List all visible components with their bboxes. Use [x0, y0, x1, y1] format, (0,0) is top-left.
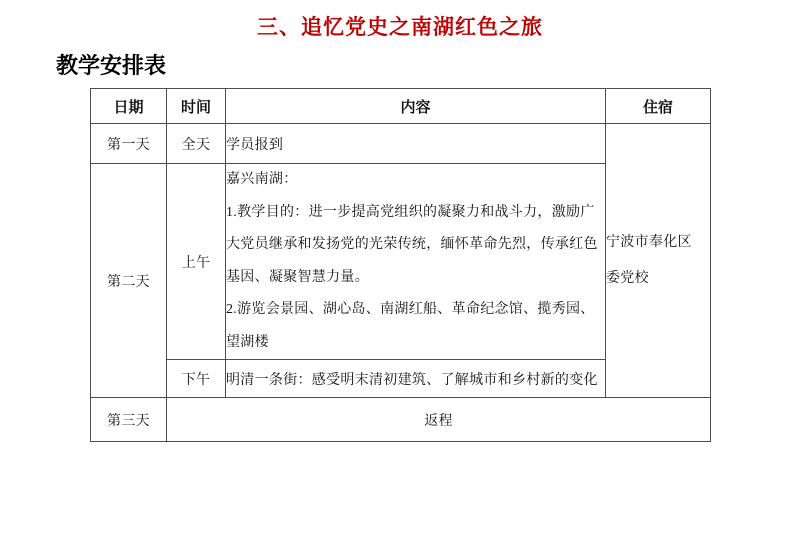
content-line: 2.游览会景园、湖心岛、南湖红船、革命纪念馆、揽秀园、 [226, 294, 605, 327]
day2-date-cell: 第二天 [91, 164, 167, 398]
section-heading: 教学安排表 [56, 49, 166, 80]
table-header-row: 日期 时间 内容 住宿 [91, 89, 711, 124]
table-row-day3: 第三天 返程 [91, 398, 711, 442]
morning-time-cell: 上午 [167, 164, 226, 360]
content-line: 1.教学目的：进一步提高党组织的凝聚力和战斗力，激励广 [226, 197, 605, 230]
day3-date-cell: 第三天 [91, 398, 167, 442]
document-page: 三、追忆党史之南湖红色之旅 教学安排表 日期 时间 内容 住宿 第一天 全天 学… [0, 0, 800, 551]
content-line: 望湖楼 [226, 327, 605, 360]
day3-return-cell: 返程 [167, 398, 711, 442]
page-title: 三、追忆党史之南湖红色之旅 [0, 11, 800, 41]
day1-date-cell: 第一天 [91, 124, 167, 164]
lodging-line: 宁波市奉化区 [606, 225, 710, 261]
day1-time-cell: 全天 [167, 124, 226, 164]
afternoon-content-cell: 明清一条街：感受明末清初建筑、了解城市和乡村新的变化 [226, 360, 606, 398]
morning-content-cell: 嘉兴南湖： 1.教学目的：进一步提高党组织的凝聚力和战斗力，激励广 大党员继承和… [226, 164, 606, 360]
afternoon-time-cell: 下午 [167, 360, 226, 398]
content-line: 基因、凝聚智慧力量。 [226, 262, 605, 295]
lodging-cell: 宁波市奉化区 委党校 [606, 124, 711, 398]
header-cell-lodging: 住宿 [606, 89, 711, 124]
content-line: 嘉兴南湖： [226, 164, 605, 197]
content-line: 大党员继承和发扬党的光荣传统，缅怀革命先烈，传承红色 [226, 229, 605, 262]
lodging-line: 委党校 [606, 261, 710, 297]
header-cell-date: 日期 [91, 89, 167, 124]
day1-content-cell: 学员报到 [226, 124, 606, 164]
table-row-day1: 第一天 全天 学员报到 宁波市奉化区 委党校 [91, 124, 711, 164]
header-cell-time: 时间 [167, 89, 226, 124]
header-cell-content: 内容 [226, 89, 606, 124]
schedule-table: 日期 时间 内容 住宿 第一天 全天 学员报到 宁波市奉化区 委党校 第二天 上… [90, 88, 711, 442]
